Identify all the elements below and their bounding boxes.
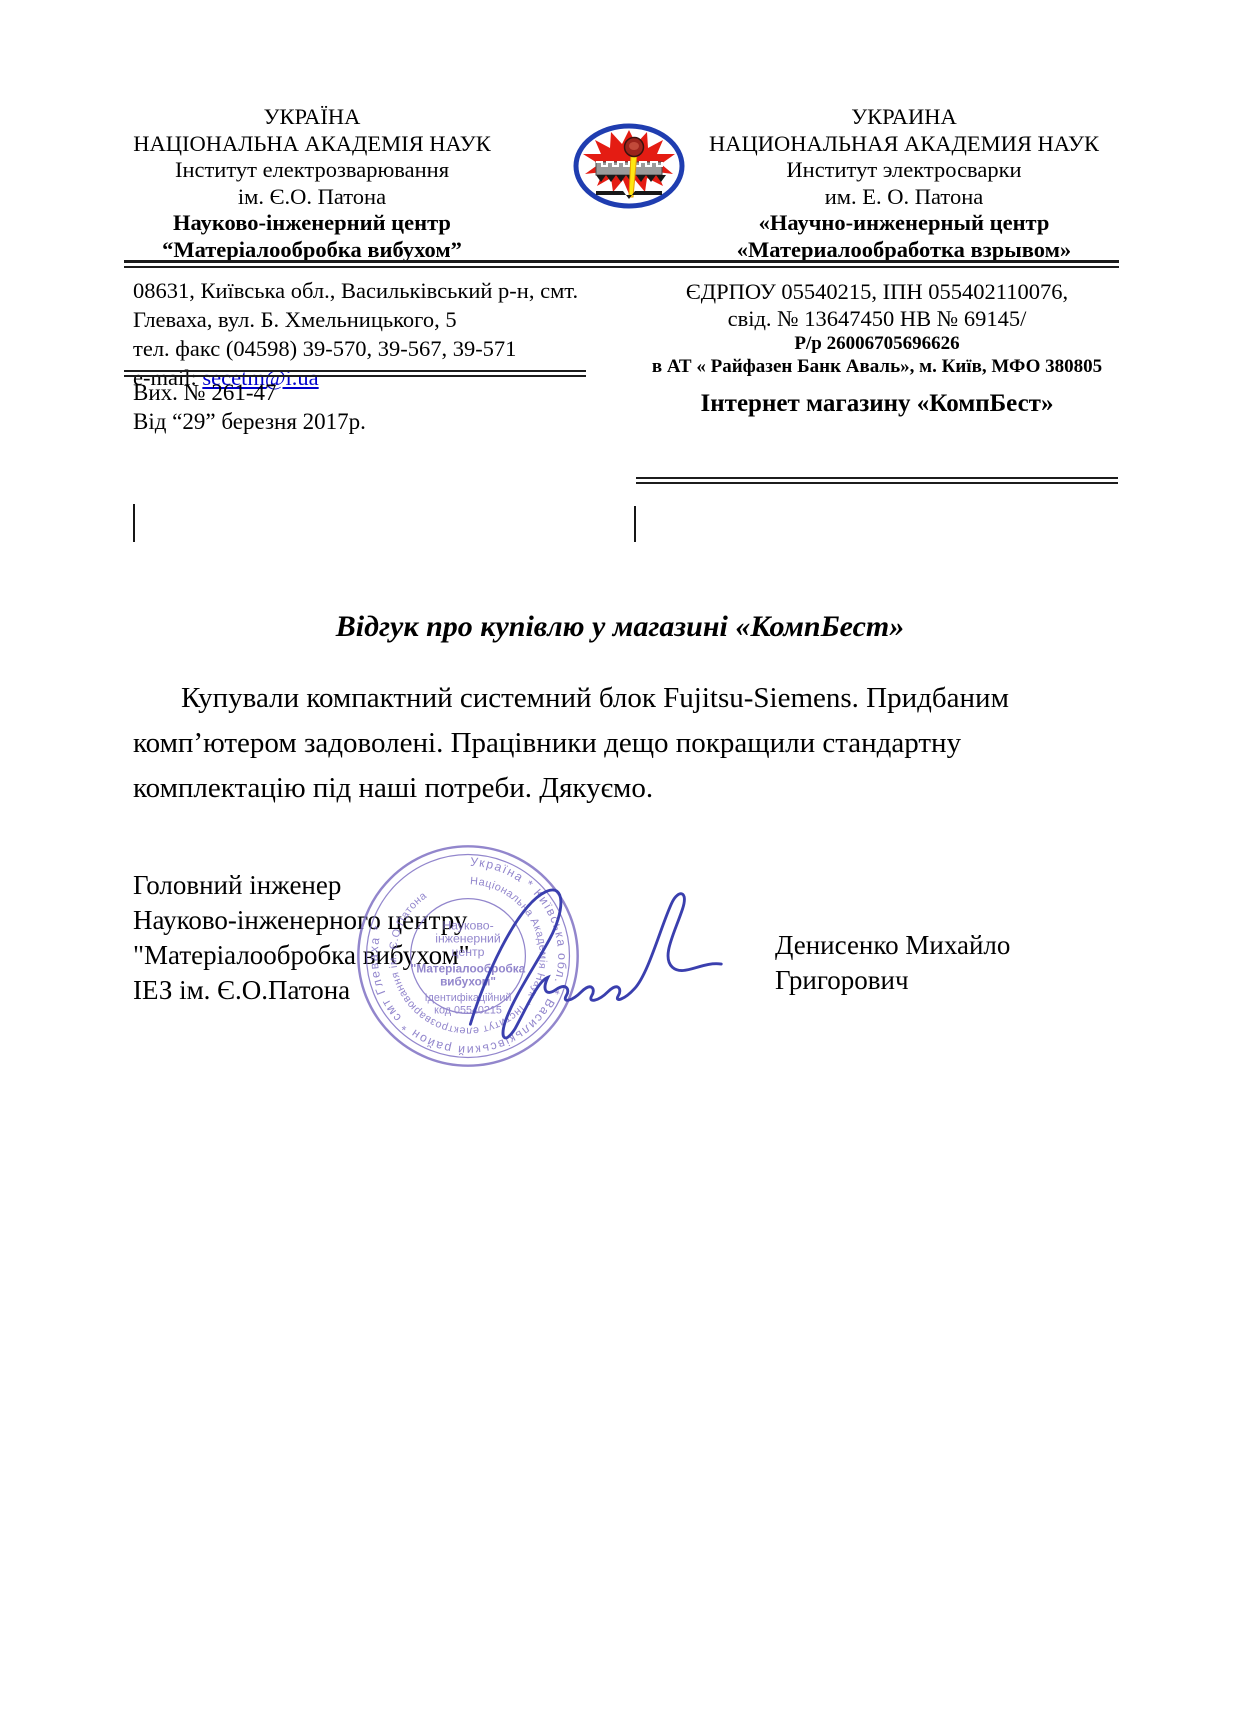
org-named-after-ru: им. Е. О. Патона <box>686 184 1122 211</box>
institute-explosion-logo-icon <box>572 121 686 211</box>
handwritten-signature <box>452 862 758 1058</box>
fold-mark-left <box>133 504 135 542</box>
addressee-rule <box>636 477 1118 484</box>
header-divider-rule <box>124 260 1119 268</box>
reference-block: Вих. № 261-47 Від “29” березня 2017р. <box>133 378 366 436</box>
fold-mark-center <box>634 506 636 542</box>
body-paragraph: Купували компактний системний блок Fujit… <box>133 676 1133 811</box>
body-line-2: комп’ютером задоволені. Працівники дещо … <box>133 721 1133 766</box>
addressee: Інтернет магазину «КомпБест» <box>636 390 1118 418</box>
org-institute-ru: Институт электросварки <box>686 157 1122 184</box>
org-named-after: ім. Є.О. Патона <box>118 184 506 211</box>
org-academy: НАЦІОНАЛЬНА АКАДЕМІЯ НАУК <box>118 131 506 158</box>
address-line-1: 08631, Київська обл., Васильківський р-н… <box>133 276 623 305</box>
body-line-1: Купували компактний системний блок Fujit… <box>133 676 1133 721</box>
body-line-3: комплектацію під наші потреби. Дякуємо. <box>133 766 1133 811</box>
certificate-line: свід. № 13647450 НВ № 69145/ <box>636 305 1118 332</box>
address-line-2: Глеваха, вул. Б. Хмельницького, 5 <box>133 305 623 334</box>
org-center-name-ru: «Научно-инженерный центр <box>686 210 1122 237</box>
phone-line: тел. факс (04598) 39-570, 39-567, 39-571 <box>133 334 623 363</box>
bank-details-block: ЄДРПОУ 05540215, ІПН 055402110076, свід.… <box>636 278 1118 378</box>
edrpou-line: ЄДРПОУ 05540215, ІПН 055402110076, <box>636 278 1118 305</box>
org-academy-ru: НАЦИОНАЛЬНАЯ АКАДЕМИЯ НАУК <box>686 131 1122 158</box>
left-column-rule <box>124 370 586 377</box>
document-title: Відгук про купівлю у магазині «КомпБест» <box>0 610 1240 644</box>
signer-name-line-2: Григорович <box>775 963 1010 998</box>
org-center-name: Науково-інженерний центр <box>118 210 506 237</box>
account-line: Р/р 26006705696626 <box>636 332 1118 355</box>
signer-name: Денисенко Михайло Григорович <box>775 928 1010 998</box>
letter-page: УКРАЇНА НАЦІОНАЛЬНА АКАДЕМІЯ НАУК Інстит… <box>0 0 1240 1710</box>
signer-name-line-1: Денисенко Михайло <box>775 928 1010 963</box>
org-country: УКРАЇНА <box>118 104 506 131</box>
org-country-ru: УКРАИНА <box>686 104 1122 131</box>
letter-date: Від “29” березня 2017р. <box>133 407 366 436</box>
outgoing-number: Вих. № 261-47 <box>133 378 366 407</box>
org-institute: Інститут електрозварювання <box>118 157 506 184</box>
org-block-russian: УКРАИНА НАЦИОНАЛЬНАЯ АКАДЕМИЯ НАУК Инсти… <box>686 104 1122 263</box>
org-block-ukrainian: УКРАЇНА НАЦІОНАЛЬНА АКАДЕМІЯ НАУК Інстит… <box>118 104 506 263</box>
bank-line: в АТ « Райфазен Банк Аваль», м. Київ, МФ… <box>636 355 1118 378</box>
